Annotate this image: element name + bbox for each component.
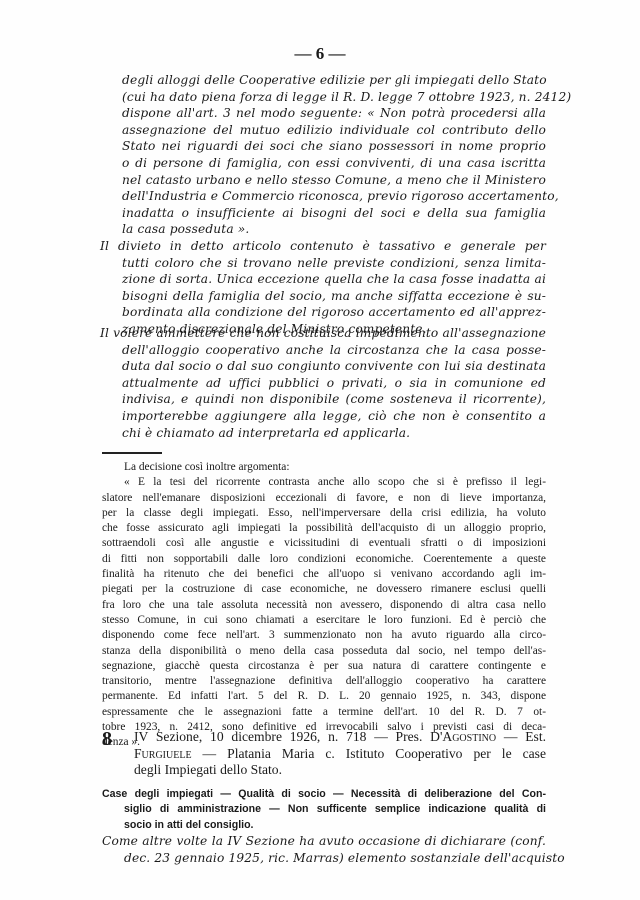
text-line: Il divieto in detto articolo contenuto è… (100, 238, 546, 255)
citation-text: — Platania Maria c. Istituto Cooperativo… (192, 746, 546, 761)
text-line: IV Sezione, 10 dicembre 1926, n. 718 — P… (134, 729, 546, 746)
text-line: dec. 23 gennaio 1925, ric. Marras) eleme… (102, 850, 546, 867)
case-citation: IV Sezione, 10 dicembre 1926, n. 718 — P… (134, 729, 546, 779)
text-line: finalità ha ritenuto che dei benefici ch… (102, 567, 546, 582)
page-number: — 6 — (0, 44, 640, 64)
text-line: La decisione così inoltre argomenta: (102, 460, 546, 475)
text-line: Case degli impiegati — Qualità di socio … (102, 787, 546, 802)
case-summary: Case degli impiegati — Qualità di socio … (102, 787, 546, 833)
footnote-divider (102, 452, 162, 454)
citation-text: IV Sezione, 10 dicembre 1926, n. 718 — P… (134, 729, 430, 744)
text-line: bisogni della famiglia del socio, ma anc… (100, 288, 546, 305)
text-line: per la classe degli impiegati. Esso, nel… (102, 506, 546, 521)
quoted-law-text: degli alloggi delle Cooperative edilizie… (122, 72, 546, 238)
text-line: Stato nei riguardi dei soci che siano po… (122, 138, 546, 155)
estensore-name: Furgiuele (134, 746, 192, 761)
text-line: la casa posseduta ». (122, 221, 546, 238)
text-line: bordinata alla condizione del rigoroso a… (100, 304, 546, 321)
text-line: piegati per la costruzione di case econo… (102, 582, 546, 597)
text-line: segnazione, giacchè questa circostanza è… (102, 659, 546, 674)
text-line: Il volere ammettere che non costituisca … (100, 325, 546, 342)
text-line: stesso Comune, in cui sono chiamati a es… (102, 613, 546, 628)
text-line: assegnazione del mutuo edilizio individu… (122, 122, 546, 139)
text-line: siglio di amministrazione — Non sufficen… (102, 802, 546, 817)
text-line: dispone all'art. 3 nel modo seguente: « … (122, 105, 546, 122)
text-line: nel catasto urbano e nello stesso Comune… (122, 172, 546, 189)
text-line: permanente. Ed infatti l'art. 5 del R. D… (102, 689, 546, 704)
text-line: degli Impiegati dello Stato. (134, 762, 546, 779)
text-line: (cui ha dato piena forza di legge il R. … (122, 89, 546, 106)
entry-number: 8 (102, 728, 112, 751)
text-line: socio in atti del consiglio. (102, 818, 546, 833)
text-line: indivisa, e quindi non disponibile (come… (100, 391, 546, 408)
text-line: Furgiuele — Platania Maria c. Istituto C… (134, 746, 546, 763)
text-line: dell'alloggio cooperativo anche la circo… (100, 342, 546, 359)
text-line: o di persone di famiglia, con essi convi… (122, 155, 546, 172)
text-line: dell'Industria e Commercio riconosca, pr… (122, 188, 546, 205)
citation-text: — Est. (496, 729, 546, 744)
text-line: che fosse assicurato agli impiegati la p… (102, 521, 546, 536)
text-line: di fitti non sopportabili dalle loro con… (102, 552, 546, 567)
text-line: sottraendoli così alle angustie e viciss… (102, 536, 546, 551)
text-line: transitorio, mentre l'assegnazione defin… (102, 674, 546, 689)
text-line: zione di sorta. Unica eccezione quella c… (100, 271, 546, 288)
text-line: duta dal socio o dal suo congiunto convi… (100, 358, 546, 375)
footnote: La decisione così inoltre argomenta: « E… (102, 460, 546, 751)
text-line: Come altre volte la IV Sezione ha avuto … (102, 833, 546, 850)
document-page: — 6 — degli alloggi delle Cooperative ed… (0, 0, 640, 900)
text-line: « E la tesi del ricorrente contrasta anc… (102, 475, 546, 490)
closing-paragraph: Come altre volte la IV Sezione ha avuto … (102, 833, 546, 866)
text-line: degli alloggi delle Cooperative edilizie… (122, 72, 546, 89)
text-line: importerebbe aggiungere alla legge, ciò … (100, 408, 546, 425)
text-line: stanza della disponibilità o meno della … (102, 644, 546, 659)
text-line: slatore nell'emanare disposizioni eccezi… (102, 491, 546, 506)
text-line: espressamente che le assegnazioni fatte … (102, 705, 546, 720)
text-line: disponendo come fece nell'art. 3 summenz… (102, 628, 546, 643)
text-line: fra loro che una tale assoluta necessità… (102, 598, 546, 613)
text-line: attualmente ad uffici pubblici o privati… (100, 375, 546, 392)
text-line: tutti coloro che si trovano nelle previs… (100, 255, 546, 272)
text-line: chi è chiamato ad interpretarla ed appli… (100, 425, 546, 442)
paragraph-divieto: Il divieto in detto articolo contenuto è… (100, 238, 546, 338)
paragraph-volere: Il volere ammettere che non costituisca … (100, 325, 546, 441)
president-name: D'Agostino (430, 729, 496, 744)
text-line: inadatta o insufficiente ai bisogni del … (122, 205, 546, 222)
